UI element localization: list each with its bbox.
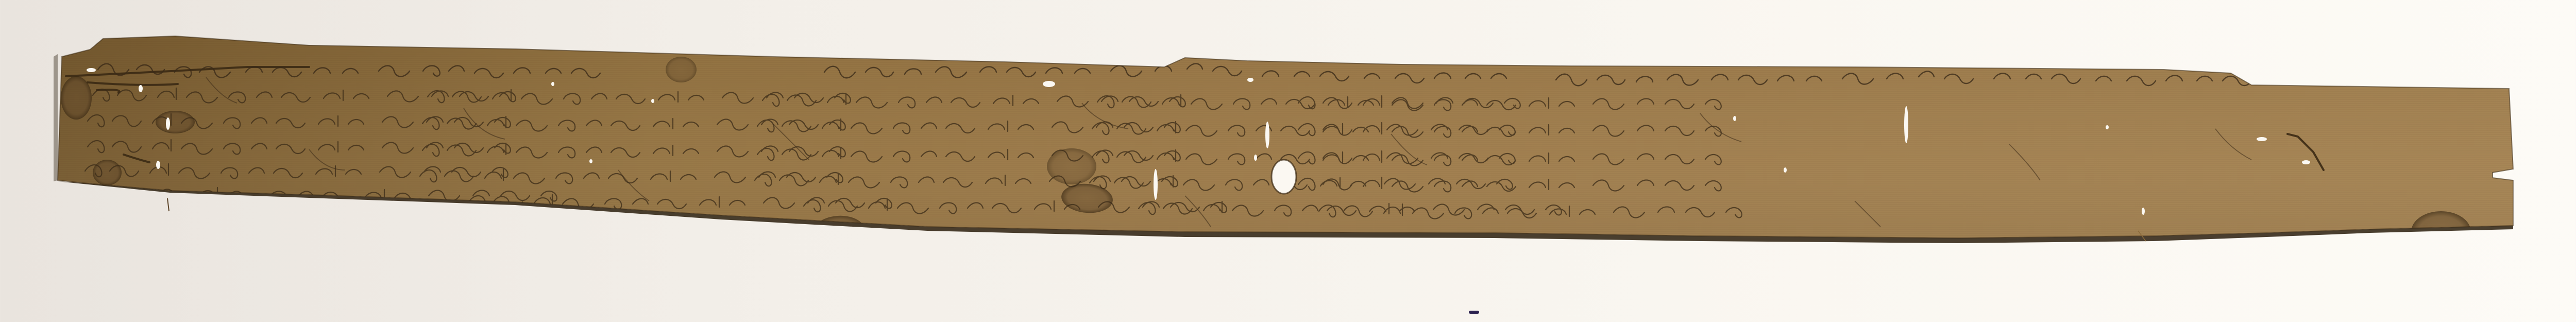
ink-mark xyxy=(1469,311,1479,314)
leaf-body xyxy=(0,0,2576,322)
manuscript-photo: Palm leaf manuscript Odia xyxy=(0,0,2576,322)
binding-hole xyxy=(1272,160,1296,194)
palm-leaf-illustration xyxy=(0,0,2576,322)
